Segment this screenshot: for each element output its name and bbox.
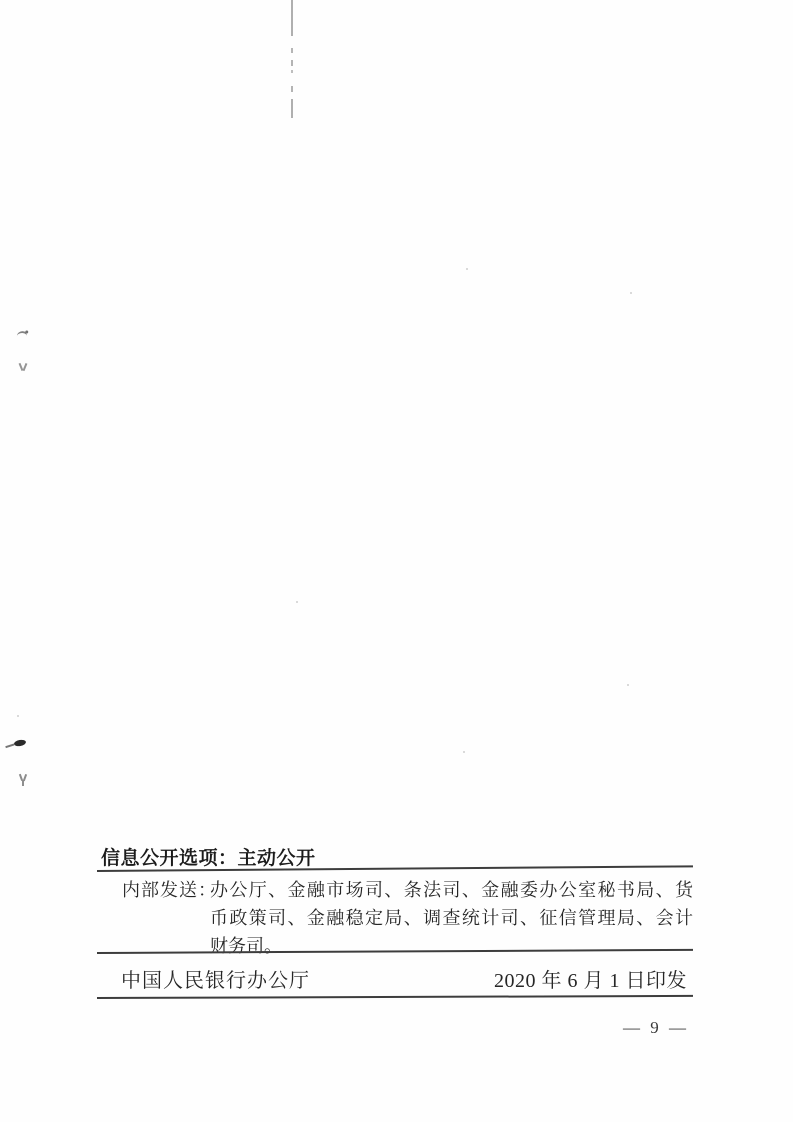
separator-rule-bottom (97, 995, 693, 999)
print-date: 2020 年 6 月 1 日印发 (494, 964, 687, 993)
scan-smudge-tick (17, 330, 28, 337)
internal-distribution-block: 内部发送： 办公厅、金融市场司、条法司、金融委办公室秘书局、货 币政策司、金融稳… (122, 876, 693, 960)
scan-speck (463, 751, 465, 753)
scan-speck (296, 601, 298, 603)
distribution-line-1: 办公厅、金融市场司、条法司、金融委办公室秘书局、货 (210, 876, 693, 904)
fold-mark-dashed-line (291, 0, 293, 120)
distribution-line-3: 财务司。 (210, 932, 693, 960)
scan-smudge-ink-blob (14, 739, 27, 747)
scan-speck (627, 684, 629, 686)
distribution-line-2: 币政策司、金融稳定局、调查统计司、征信管理局、会计 (210, 904, 693, 932)
scan-speck (630, 292, 632, 294)
issuing-office: 中国人民银行办公厅 (121, 964, 310, 993)
scanned-document-page: 信息公开选项：主动公开 内部发送： 办公厅、金融市场司、条法司、金融委办公室秘书… (0, 0, 793, 1122)
scan-smudge-y-mark (19, 774, 27, 788)
disclosure-option-heading: 信息公开选项：主动公开 (101, 843, 316, 870)
internal-distribution-label: 内部发送： (122, 876, 217, 904)
scan-speck (466, 268, 468, 270)
scan-speck (17, 715, 19, 717)
scan-smudge-v-mark (19, 363, 27, 372)
internal-distribution-list: 办公厅、金融市场司、条法司、金融委办公室秘书局、货 币政策司、金融稳定局、调查统… (210, 876, 693, 960)
page-number: — 9 — (623, 1018, 689, 1038)
